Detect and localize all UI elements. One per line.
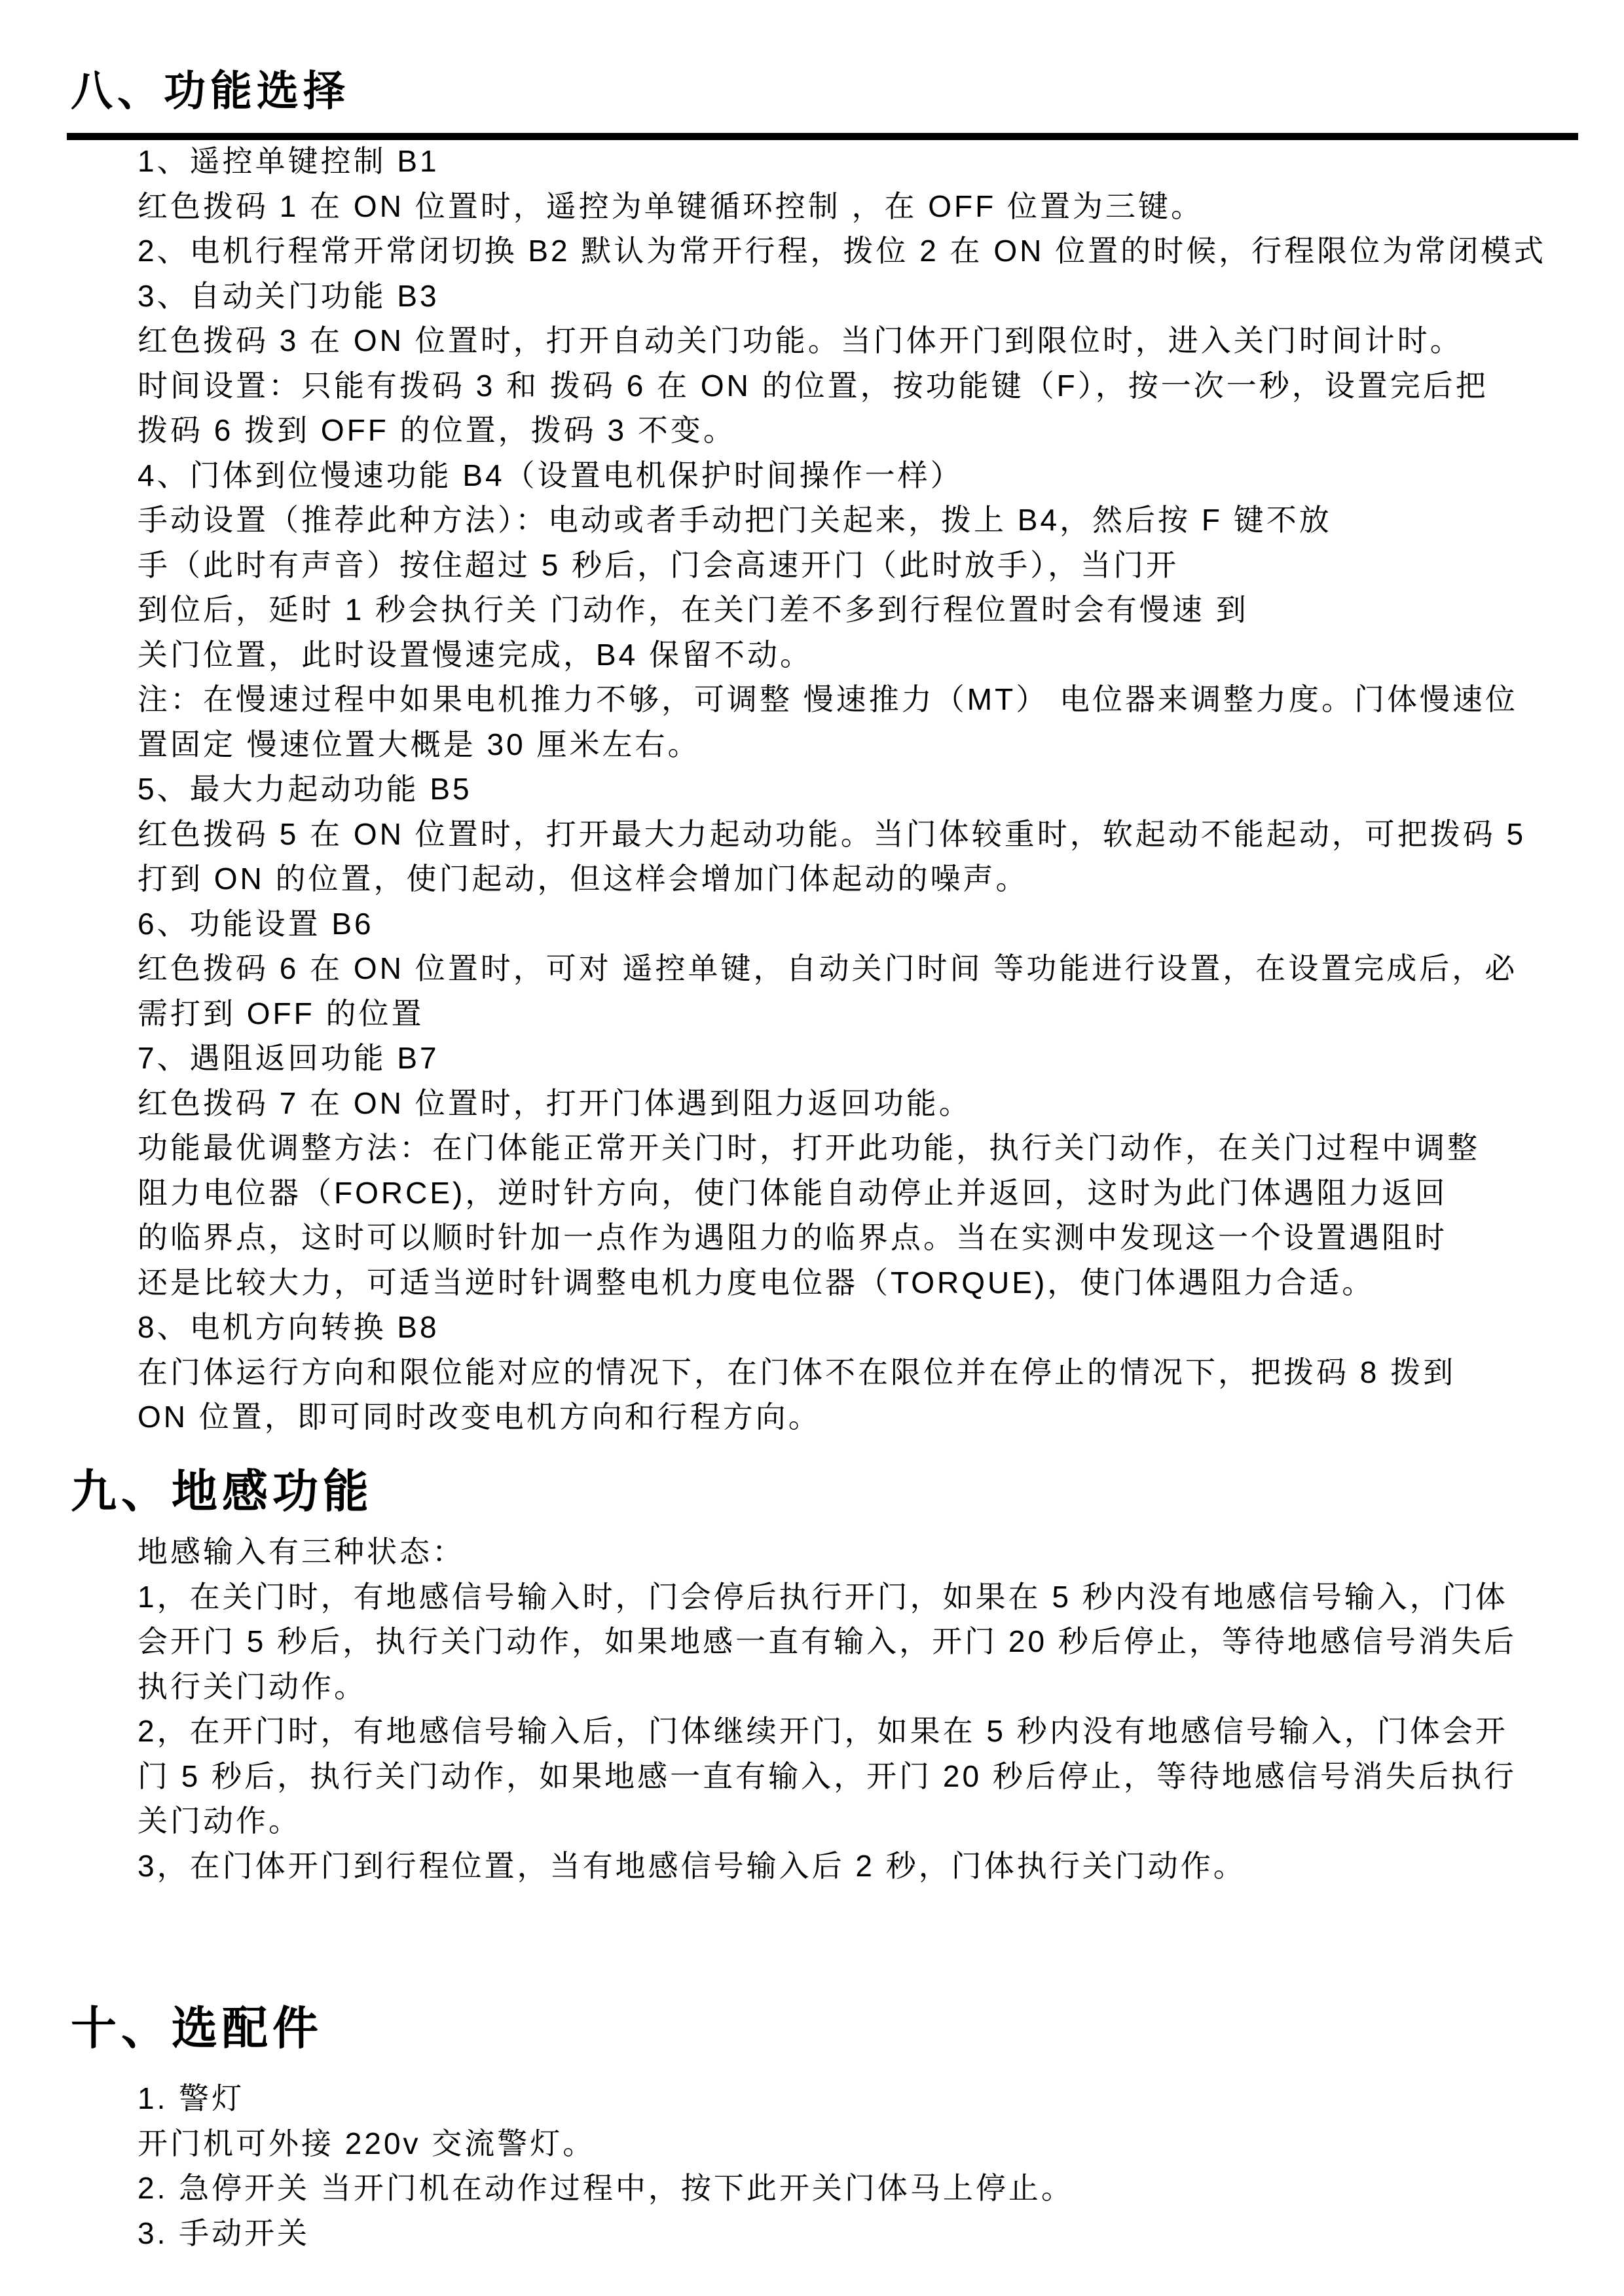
paragraph-line: 门 5 秒后，执行关门动作，如果地感一直有输入，开门 20 秒后停止，等待地感信… (138, 1754, 1517, 1799)
paragraph-line: 2、电机行程常开常闭切换 B2 默认为常开行程，拨位 2 在 ON 位置的时候，… (138, 228, 1546, 274)
section-heading-accessories: 十、选配件 (71, 1992, 323, 2058)
paragraph-line: 在门体运行方向和限位能对应的情况下，在门体不在限位并在停止的情况下，把拨码 8 … (138, 1350, 1546, 1395)
paragraph-line: 打到 ON 的位置，使门起动，但这样会增加门体起动的噪声。 (138, 856, 1546, 902)
paragraph-line: 红色拨码 7 在 ON 位置时，打开门体遇到阻力返回功能。 (138, 1081, 1546, 1126)
paragraph-line: 3. 手动开关 (138, 2211, 1074, 2256)
section-heading-ground-sensor: 九、地感功能 (71, 1455, 373, 1521)
paragraph-line: 手动设置（推荐此种方法）：电动或者手动把门关起来，拨上 B4，然后按 F 键不放 (138, 498, 1546, 543)
paragraph-line: 注：在慢速过程中如果电机推力不够，可调整 慢速推力（MT） 电位器来调整力度。门… (138, 677, 1546, 722)
paragraph-line: 手（此时有声音）按住超过 5 秒后，门会高速开门（此时放手），当门开 (138, 543, 1546, 588)
paragraph-line: 3、自动关门功能 B3 (138, 274, 1546, 319)
paragraph-line: 地感输入有三种状态： (138, 1529, 1517, 1575)
paragraph-line: 6、功能设置 B6 (138, 902, 1546, 947)
section-heading-function-selection: 八、功能选择 (71, 58, 350, 118)
paragraph-line: 到位后，延时 1 秒会执行关 门动作，在关门差不多到行程位置时会有慢速 到 (138, 587, 1546, 632)
manual-page: 八、功能选择 1、遥控单键控制 B1 红色拨码 1 在 ON 位置时，遥控为单键… (0, 0, 1624, 2296)
paragraph-line: 的临界点，这时可以顺时针加一点作为遇阻力的临界点。当在实测中发现这一个设置遇阻时 (138, 1215, 1546, 1260)
paragraph-line: 置固定 慢速位置大概是 30 厘米左右。 (138, 722, 1546, 767)
paragraph-line: 2，在开门时，有地感信号输入后，门体继续开门，如果在 5 秒内没有地感信号输入，… (138, 1709, 1517, 1754)
paragraph-line: 拨码 6 拨到 OFF 的位置，拨码 3 不变。 (138, 408, 1546, 453)
paragraph-line: ON 位置，即可同时改变电机方向和行程方向。 (138, 1394, 1546, 1440)
section-body-ground-sensor: 地感输入有三种状态： 1，在关门时，有地感信号输入时，门会停后执行开门，如果在 … (138, 1529, 1517, 1888)
paragraph-line: 关门动作。 (138, 1798, 1517, 1844)
paragraph-line: 1. 警灯 (138, 2076, 1074, 2121)
paragraph-line: 2. 急停开关 当开门机在动作过程中，按下此开关门体马上停止。 (138, 2166, 1074, 2211)
paragraph-line: 会开门 5 秒后，执行关门动作，如果地感一直有输入，开门 20 秒后停止，等待地… (138, 1619, 1517, 1664)
section-body-function-selection: 1、遥控单键控制 B1 红色拨码 1 在 ON 位置时，遥控为单键循环控制 ，在… (138, 139, 1546, 1440)
paragraph-line: 1、遥控单键控制 B1 (138, 139, 1546, 184)
paragraph-line: 红色拨码 5 在 ON 位置时，打开最大力起动功能。当门体较重时，软起动不能起动… (138, 812, 1546, 857)
paragraph-line: 执行关门动作。 (138, 1664, 1517, 1709)
paragraph-line: 阻力电位器（FORCE)，逆时针方向，使门体能自动停止并返回，这时为此门体遇阻力… (138, 1171, 1546, 1216)
paragraph-line: 红色拨码 1 在 ON 位置时，遥控为单键循环控制 ，在 OFF 位置为三键。 (138, 184, 1546, 229)
paragraph-line: 需打到 OFF 的位置 (138, 991, 1546, 1036)
paragraph-line: 时间设置：只能有拨码 3 和 拨码 6 在 ON 的位置，按功能键（F），按一次… (138, 363, 1546, 409)
paragraph-line: 5、最大力起动功能 B5 (138, 767, 1546, 812)
paragraph-line: 8、电机方向转换 B8 (138, 1305, 1546, 1350)
paragraph-line: 3，在门体开门到行程位置，当有地感信号输入后 2 秒，门体执行关门动作。 (138, 1844, 1517, 1889)
paragraph-line: 关门位置，此时设置慢速完成，B4 保留不动。 (138, 632, 1546, 678)
paragraph-line: 还是比较大力，可适当逆时针调整电机力度电位器（TORQUE)，使门体遇阻力合适。 (138, 1260, 1546, 1305)
paragraph-line: 红色拨码 3 在 ON 位置时，打开自动关门功能。当门体开门到限位时，进入关门时… (138, 318, 1546, 363)
paragraph-line: 红色拨码 6 在 ON 位置时，可对 遥控单键，自动关门时间 等功能进行设置，在… (138, 946, 1546, 991)
section-body-accessories: 1. 警灯 开门机可外接 220v 交流警灯。 2. 急停开关 当开门机在动作过… (138, 2076, 1074, 2255)
paragraph-line: 功能最优调整方法：在门体能正常开关门时，打开此功能，执行关门动作，在关门过程中调… (138, 1125, 1546, 1171)
paragraph-line: 1，在关门时，有地感信号输入时，门会停后执行开门，如果在 5 秒内没有地感信号输… (138, 1575, 1517, 1620)
paragraph-line: 开门机可外接 220v 交流警灯。 (138, 2121, 1074, 2166)
paragraph-line: 4、门体到位慢速功能 B4（设置电机保护时间操作一样） (138, 453, 1546, 498)
paragraph-line: 7、遇阻返回功能 B7 (138, 1036, 1546, 1081)
